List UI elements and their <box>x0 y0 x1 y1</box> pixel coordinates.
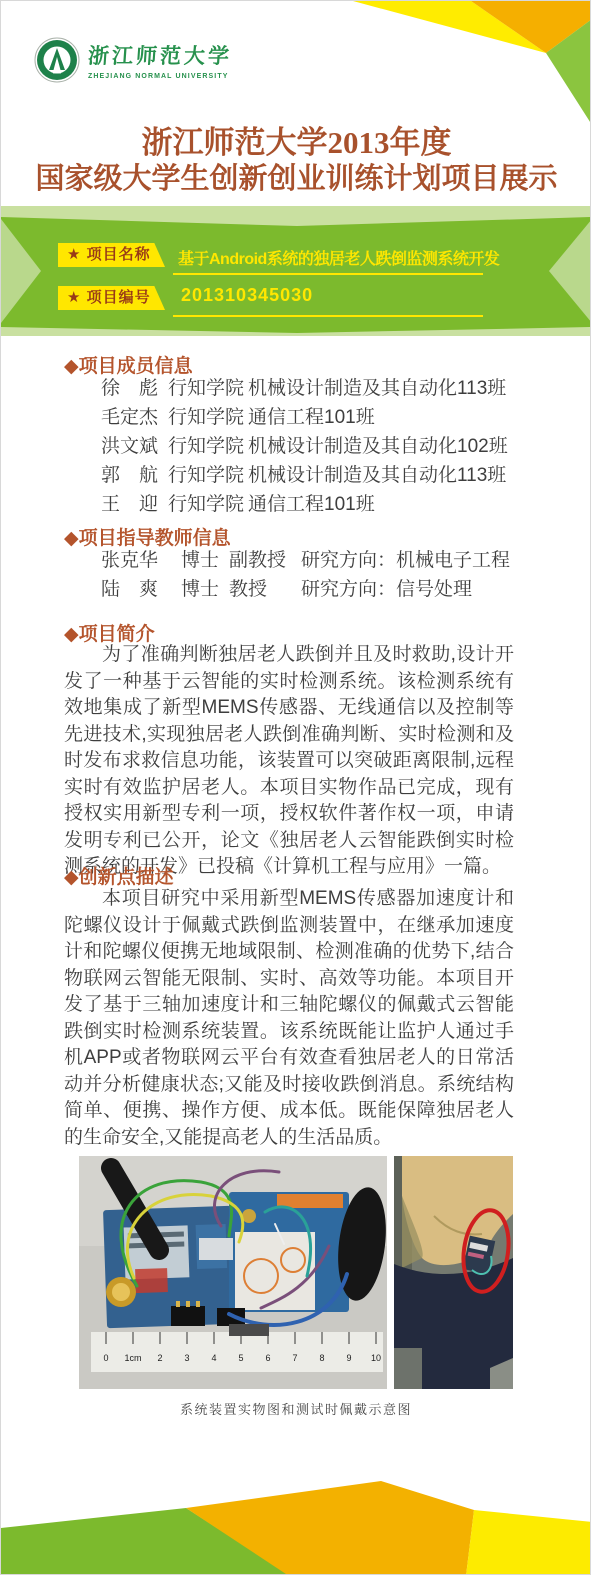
university-name-cn: 浙江师范大学 <box>87 40 233 70</box>
svg-text:1cm: 1cm <box>124 1353 141 1363</box>
university-logo: 浙江师范大学 ZHEJIANG NORMAL UNIVERSITY <box>34 37 232 83</box>
photo-strip: 0 1cm 2 3 4 5 6 7 8 9 10 <box>79 1156 513 1389</box>
university-name-en: ZHEJIANG NORMAL UNIVERSITY <box>88 73 232 80</box>
teacher-name: 陆 爽 <box>101 575 168 604</box>
bottom-yellow-band <box>466 1510 591 1575</box>
photo-caption: 系统装置实物图和测试时佩戴示意图 <box>79 1399 513 1418</box>
project-code-tag: ★ 项目编号 <box>58 286 165 310</box>
svg-text:10: 10 <box>371 1353 381 1363</box>
intro-paragraph: 为了准确判断独居老人跌倒并且及时救助,设计开发了一种基于云智能的实时检测系统。该… <box>64 642 514 881</box>
svg-text:6: 6 <box>265 1353 270 1363</box>
svg-text:5: 5 <box>238 1353 243 1363</box>
teacher-row: 陆 爽 博士 教授 研究方向：信号处理 <box>64 575 514 604</box>
teacher-degree: 博士 <box>181 575 229 604</box>
member-row: 王 迎 行知学院 通信工程101班 <box>64 490 514 519</box>
project-name-tag: ★ 项目名称 <box>58 243 165 267</box>
teacher-research-direction: 研究方向：机械电子工程 <box>301 546 514 575</box>
university-name: 浙江师范大学 ZHEJIANG NORMAL UNIVERSITY <box>88 40 232 80</box>
member-name: 郭 航 <box>101 461 168 490</box>
svg-text:0: 0 <box>103 1353 108 1363</box>
project-code-label: ★ 项目编号 <box>67 289 151 306</box>
member-row: 洪文斌 行知学院 机械设计制造及其自动化102班 <box>64 432 514 461</box>
project-name-value: 基于Android系统的独居老人跌倒监测系统开发 <box>178 246 499 269</box>
member-college: 行知学院 <box>168 432 248 461</box>
member-row: 郭 航 行知学院 机械设计制造及其自动化113班 <box>64 461 514 490</box>
member-major: 通信工程101班 <box>248 490 514 519</box>
ribbon-background <box>1 205 591 337</box>
member-name: 王 迎 <box>101 490 168 519</box>
device-photo: 0 1cm 2 3 4 5 6 7 8 9 10 <box>79 1156 387 1389</box>
project-name-underline <box>173 273 483 275</box>
project-name-label: ★ 项目名称 <box>67 246 151 263</box>
svg-text:7: 7 <box>292 1353 297 1363</box>
teacher-row: 张克华 博士 副教授 研究方向：机械电子工程 <box>64 546 514 575</box>
poster-title-line2: 国家级大学生创新创业训练计划项目展示 <box>1 156 591 197</box>
poster-root: 浙江师范大学 ZHEJIANG NORMAL UNIVERSITY 浙江师范大学… <box>0 0 591 1575</box>
floor-left <box>394 1348 422 1389</box>
wearing-photo <box>394 1156 513 1389</box>
member-name: 徐 彪 <box>101 374 168 403</box>
member-major: 机械设计制造及其自动化113班 <box>248 374 514 403</box>
teacher-degree: 博士 <box>181 546 229 575</box>
svg-text:9: 9 <box>346 1353 351 1363</box>
project-code-value: 201310345030 <box>181 285 313 306</box>
gold-connector <box>106 1277 136 1307</box>
teacher-research-direction: 研究方向：信号处理 <box>301 575 514 604</box>
member-major: 机械设计制造及其自动化113班 <box>248 461 514 490</box>
teachers-list: 张克华 博士 副教授 研究方向：机械电子工程 陆 爽 博士 教授 研究方向：信号… <box>64 546 514 604</box>
member-row: 毛定杰 行知学院 通信工程101班 <box>64 403 514 432</box>
innovation-section-header: ◆创新点描述 <box>64 862 524 889</box>
member-college: 行知学院 <box>168 461 248 490</box>
svg-text:3: 3 <box>184 1353 189 1363</box>
member-name: 毛定杰 <box>101 403 168 432</box>
svg-text:8: 8 <box>319 1353 324 1363</box>
project-banner: ★ 项目名称 基于Android系统的独居老人跌倒监测系统开发 ★ 项目编号 2… <box>1 205 591 337</box>
teacher-name: 张克华 <box>101 546 168 575</box>
svg-text:2: 2 <box>157 1353 162 1363</box>
member-major: 通信工程101班 <box>248 403 514 432</box>
teacher-title: 副教授 <box>229 546 301 575</box>
member-row: 徐 彪 行知学院 机械设计制造及其自动化113班 <box>64 374 514 403</box>
member-college: 行知学院 <box>168 374 248 403</box>
member-college: 行知学院 <box>168 490 248 519</box>
members-list: 徐 彪 行知学院 机械设计制造及其自动化113班 毛定杰 行知学院 通信工程10… <box>64 374 514 519</box>
teacher-title: 教授 <box>229 575 301 604</box>
project-code-underline <box>173 315 483 317</box>
member-major: 机械设计制造及其自动化102班 <box>248 432 514 461</box>
university-emblem-icon <box>34 37 80 83</box>
innovation-paragraph: 本项目研究中采用新型MEMS传感器加速度计和陀螺仪设计于佩戴式跌倒监测装置中，在… <box>64 886 514 1151</box>
member-college: 行知学院 <box>168 403 248 432</box>
member-name: 洪文斌 <box>101 432 168 461</box>
svg-text:4: 4 <box>211 1353 216 1363</box>
ruler-slider <box>229 1324 269 1336</box>
